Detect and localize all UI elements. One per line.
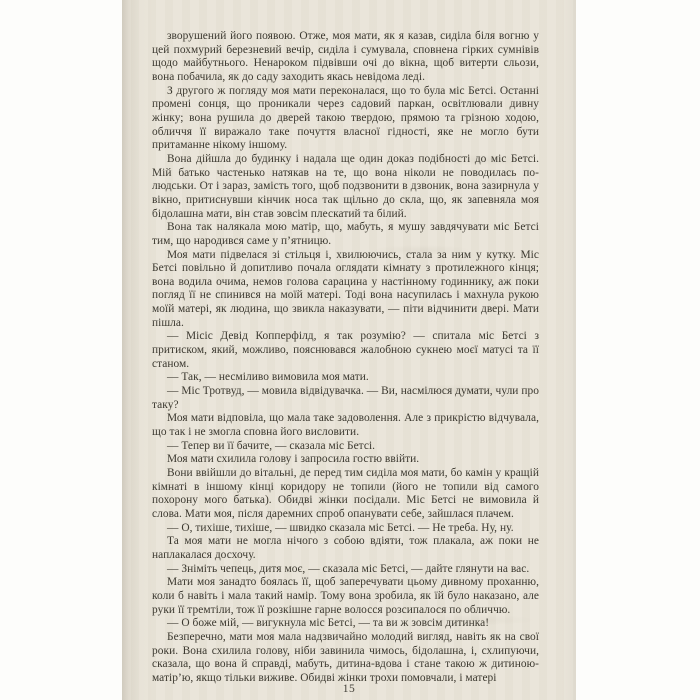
paragraph: зворушений його появою. Отже, моя мати, … bbox=[152, 30, 539, 85]
paragraph: Безперечно, мати моя мала надзвичайно мо… bbox=[152, 631, 539, 686]
paragraph: Моя мати підвелася зі стільця і, хвилююч… bbox=[152, 249, 539, 331]
paragraph: — О, тихіше, тихіше, — швидко сказала мі… bbox=[152, 522, 539, 536]
paragraph: Вона дійшла до будинку і надала ще один … bbox=[152, 153, 539, 221]
paragraph: Та моя мати не могла нічого з собою вдія… bbox=[152, 535, 539, 562]
paragraph: Мати моя занадто боялась її, щоб запереч… bbox=[152, 576, 539, 617]
paragraph: З другого ж погляду моя мати переконалас… bbox=[152, 85, 539, 153]
page-text-block: зворушений його появою. Отже, моя мати, … bbox=[152, 30, 539, 686]
page-number: 15 bbox=[122, 683, 576, 695]
paragraph: — О боже мій, — вигукнула міс Бетсі, — т… bbox=[152, 617, 539, 631]
paragraph: — Тепер ви її бачите, — сказала міс Бетс… bbox=[152, 440, 539, 454]
paragraph: — Міс Тротвуд, — мовила відвідувачка. — … bbox=[152, 385, 539, 412]
paragraph: Моя мати відповіла, що мала таке задовол… bbox=[152, 412, 539, 439]
paragraph: Вона так налякала мою матір, що, мабуть,… bbox=[152, 221, 539, 248]
book-page: зворушений його появою. Отже, моя мати, … bbox=[122, 0, 576, 700]
paragraph: — Зніміть чепець, дитя моє, — сказала мі… bbox=[152, 563, 539, 577]
paragraph: Моя мати схилила голову і запросила гост… bbox=[152, 453, 539, 467]
paragraph: — Місіс Девід Копперфілд, я так розумію?… bbox=[152, 330, 539, 371]
paragraph: — Так, — несміливо вимовила моя мати. bbox=[152, 371, 539, 385]
paragraph: Вони ввійшли до вітальні, де перед тим с… bbox=[152, 467, 539, 522]
